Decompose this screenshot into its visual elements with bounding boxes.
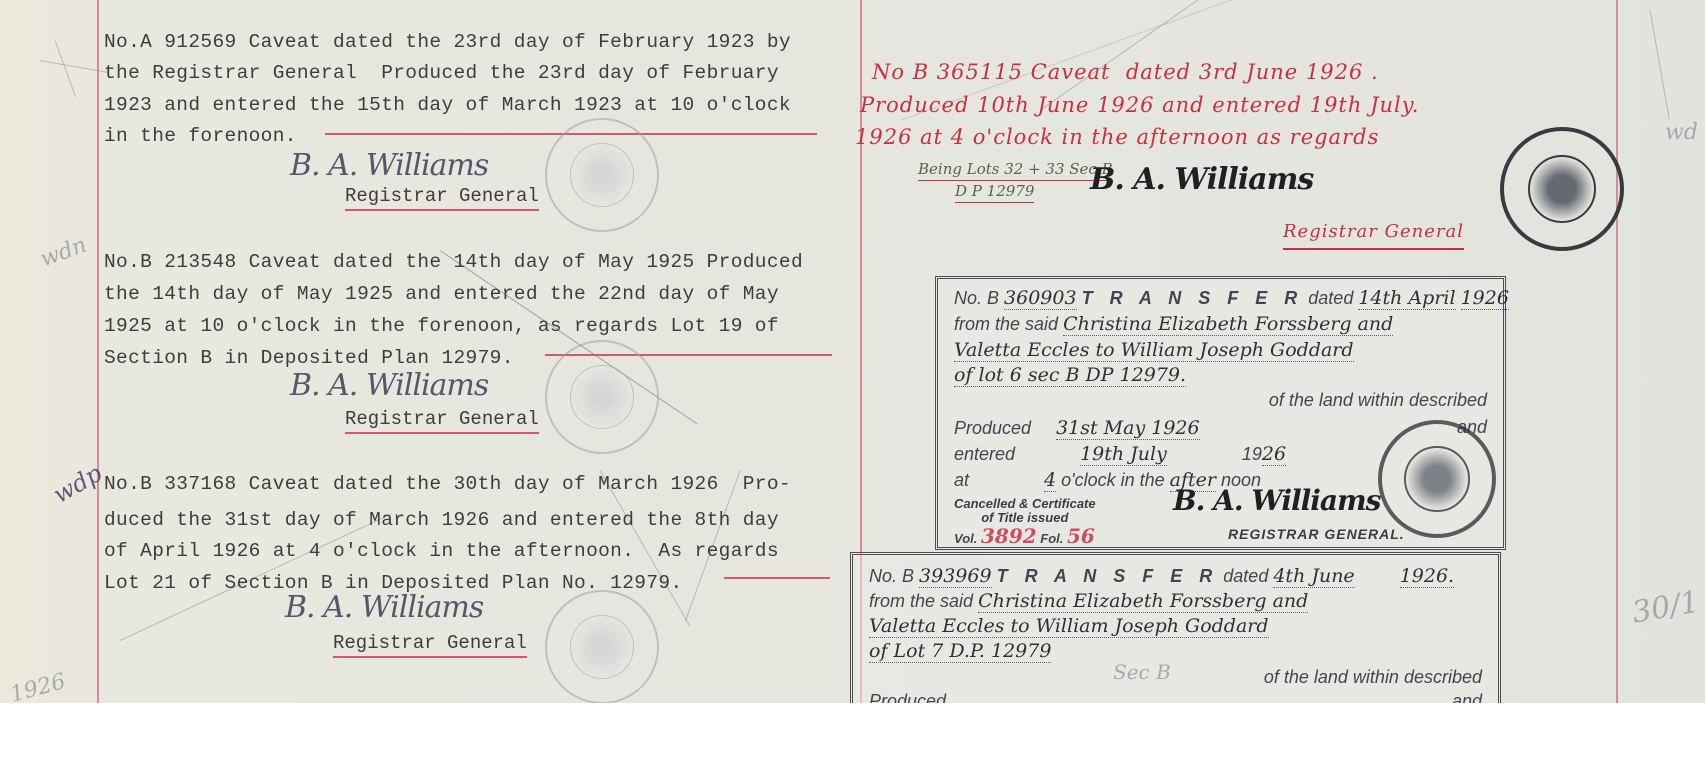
signature: B. A. Williams <box>290 148 488 183</box>
transfer-parties: Valetta Eccles to William Joseph Goddard <box>954 339 1487 361</box>
caveat-line: 1926 at 4 o'clock in the afternoon as re… <box>855 121 1379 154</box>
signatory-label: Registrar General <box>333 632 527 658</box>
cancelled-label: Cancelled & Certificate of Title issued <box>954 497 1096 525</box>
signatory-label: Registrar General <box>345 185 539 211</box>
registrar-general-seal <box>1500 127 1624 251</box>
entry-line: No.A 912569 Caveat dated the 23rd day of… <box>104 28 791 57</box>
pencil-mark <box>40 60 109 73</box>
signature: B. A. Williams <box>290 368 488 403</box>
margin-note-right-1: wd <box>1665 120 1698 145</box>
entry-line: of April 1926 at 4 o'clock in the aftern… <box>104 537 779 566</box>
red-rule <box>724 577 830 579</box>
transfer-land-label: of the land within described <box>869 667 1482 688</box>
caveat-note: Being Lots 32 + 33 Sec B <box>918 158 1113 181</box>
right-margin-rule <box>1616 0 1618 703</box>
signature: B. A. Williams <box>1173 484 1380 517</box>
margin-note-left-bottom: 1926 <box>8 669 69 703</box>
margin-note-left-top: wdn <box>37 233 90 273</box>
transfer-from: from the said Christina Elizabeth Forssb… <box>954 313 1487 335</box>
registrar-general-seal <box>1378 420 1496 538</box>
registrar-seal-stamp <box>545 340 659 454</box>
registrar-seal-stamp <box>545 118 659 232</box>
caveat-line: Produced 10th June 1926 and entered 19th… <box>860 89 1419 122</box>
transfer-from: from the said Christina Elizabeth Forssb… <box>869 590 1482 612</box>
transfer-header: No. B 393969 T R A N S F E R dated 4th J… <box>869 565 1482 587</box>
entry-line: No.B 213548 Caveat dated the 14th day of… <box>104 248 803 277</box>
pencil-mark <box>54 40 76 97</box>
left-margin-rule <box>97 0 99 703</box>
signatory-label: REGISTRAR GENERAL. <box>1228 526 1405 542</box>
margin-note-right-2: 30/1 <box>1629 584 1701 630</box>
registrar-seal-stamp <box>545 590 659 703</box>
transfer-lot: of lot 6 sec B DP 12979. <box>954 364 1487 386</box>
entry-line: No.B 337168 Caveat dated the 30th day of… <box>104 470 791 499</box>
signature: B. A. Williams <box>285 590 483 625</box>
transfer-produced: Produced and <box>869 691 1482 703</box>
caveat-line: No B 365115 Caveat dated 3rd June 1926 . <box>872 56 1379 89</box>
transfer-lot: of Lot 7 D.P. 12979 <box>869 640 1482 662</box>
entry-line: duced the 31st day of March 1926 and ent… <box>104 506 779 535</box>
entry-line: in the forenoon. <box>104 122 297 151</box>
transfer-parties: Valetta Eccles to William Joseph Goddard <box>869 615 1482 637</box>
signature: B. A. Williams <box>1090 162 1313 197</box>
entry-line: the Registrar General Produced the 23rd … <box>104 59 779 88</box>
pencil-mark <box>1649 10 1669 119</box>
caveat-note: D P 12979 <box>955 180 1034 203</box>
signatory-label: Registrar General <box>345 408 539 434</box>
transfer-land-label: of the land within described <box>954 390 1487 411</box>
transfer-header: No. B 360903 T R A N S F E R dated 14th … <box>954 287 1487 309</box>
scanned-register-page: wdn wdp 1926 wd 30/1 No.A 912569 Caveat … <box>0 0 1705 703</box>
signatory-label: Registrar General <box>1283 215 1464 250</box>
transfer-form-b393969: No. B 393969 T R A N S F E R dated 4th J… <box>850 552 1501 703</box>
entry-line: the 14th day of May 1925 and entered the… <box>104 280 779 309</box>
entry-line: 1923 and entered the 15th day of March 1… <box>104 91 791 120</box>
entry-line: 1925 at 10 o'clock in the forenoon, as r… <box>104 312 779 341</box>
